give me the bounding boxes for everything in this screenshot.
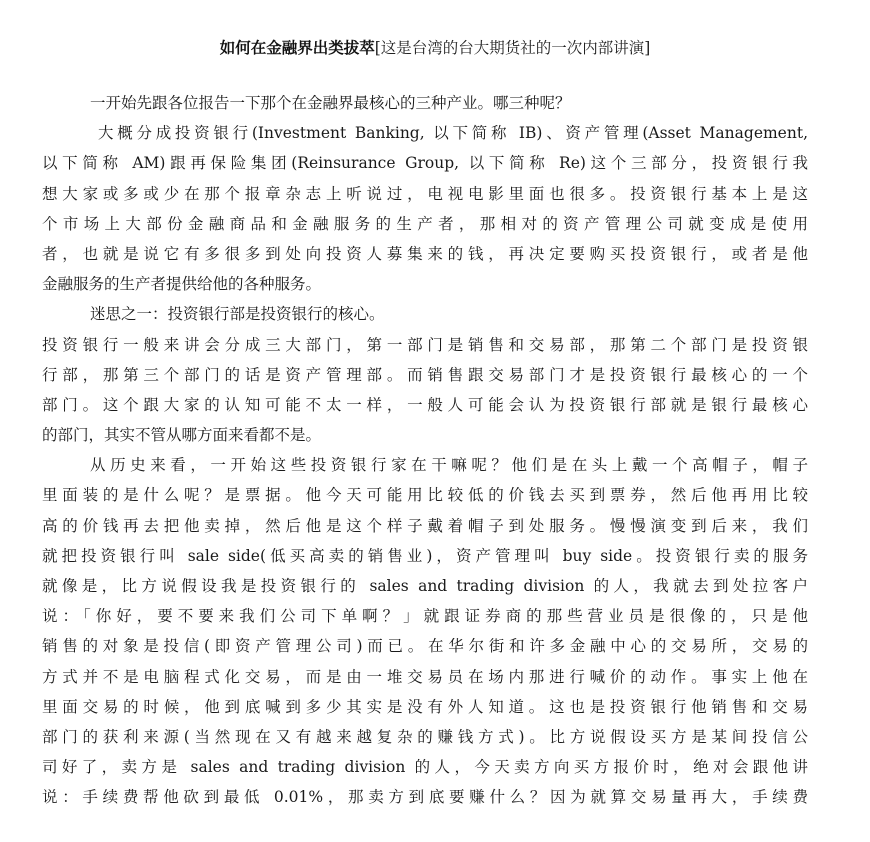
text-line: 司好了，卖方是 sales and trading division 的人，今天…: [42, 752, 808, 782]
text-line: 说：「你好，要不要来我们公司下单啊？」就跟证券商的那些营业员是很像的，只是他: [42, 601, 808, 631]
text-line: 以下简称 AM)跟再保险集团(Reinsurance Group, 以下简称 R…: [42, 148, 808, 178]
text-line: 部门的获利来源(当然现在又有越来越复杂的赚钱方式)。比方说假设买方是某间投信公: [42, 722, 808, 752]
text-line: 迷思之一：投资银行部是投资银行的核心。: [42, 299, 808, 329]
text-line: 投资银行一般来讲会分成三大部门，第一部门是销售和交易部，那第二个部门是投资银: [42, 330, 808, 360]
text-line: 高的价钱再去把他卖掉，然后他是这个样子戴着帽子到处服务。慢慢演变到后来，我们: [42, 511, 808, 541]
text-line: 个市场上大部份金融商品和金融服务的生产者，那相对的资产管理公司就变成是使用: [42, 209, 808, 239]
document-title: 如何在金融界出类拔萃[这是台湾的台大期货社的一次内部讲演]: [0, 36, 870, 60]
text-line: 大概分成投资银行(Investment Banking, 以下简称 IB)、资产…: [42, 118, 808, 148]
text-line: 部门。这个跟大家的认知可能不太一样，一般人可能会认为投资银行部就是银行最核心: [42, 390, 808, 420]
text-line: 从历史来看，一开始这些投资银行家在干嘛呢？他们是在头上戴一个高帽子，帽子: [42, 450, 808, 480]
text-line: 的部门，其实不管从哪方面来看都不是。: [42, 420, 808, 450]
text-line: 想大家或多或少在那个报章杂志上听说过，电视电影里面也很多。投资银行基本上是这: [42, 179, 808, 209]
text-line: 销售的对象是投信(即资产管理公司)而已。在华尔街和许多金融中心的交易所，交易的: [42, 631, 808, 661]
text-line: 一开始先跟各位报告一下那个在金融界最核心的三种产业。哪三种呢？: [42, 88, 808, 118]
text-line: 者，也就是说它有多很多到处向投资人募集来的钱，再决定要购买投资银行，或者是他: [42, 239, 808, 269]
text-line: 就把投资银行叫 sale side(低买高卖的销售业)，资产管理叫 buy si…: [42, 541, 808, 571]
text-line: 说：手续费帮他砍到最低 0.01%，那卖方到底要赚什么？因为就算交易量再大，手续…: [42, 782, 808, 812]
document-body: 一开始先跟各位报告一下那个在金融界最核心的三种产业。哪三种呢？大概分成投资银行(…: [42, 88, 808, 813]
text-line: 里面装的是什么呢？是票据。他今天可能用比较低的价钱去买到票券，然后他再用比较: [42, 480, 808, 510]
text-line: 里面交易的时候，他到底喊到多少其实是没有外人知道。这也是投资银行他销售和交易: [42, 692, 808, 722]
text-line: 金融服务的生产者提供给他的各种服务。: [42, 269, 808, 299]
title-subtitle: [这是台湾的台大期货社的一次内部讲演]: [375, 39, 651, 57]
document-page: 如何在金融界出类拔萃[这是台湾的台大期货社的一次内部讲演] 一开始先跟各位报告一…: [0, 0, 870, 842]
text-line: 方式并不是电脑程式化交易，而是由一堆交易员在场内那进行喊价的动作。事实上他在: [42, 662, 808, 692]
text-line: 行部，那第三个部门的话是资产管理部。而销售跟交易部门才是投资银行最核心的一个: [42, 360, 808, 390]
title-main: 如何在金融界出类拔萃: [220, 39, 375, 57]
text-line: 就像是，比方说假设我是投资银行的 sales and trading divis…: [42, 571, 808, 601]
